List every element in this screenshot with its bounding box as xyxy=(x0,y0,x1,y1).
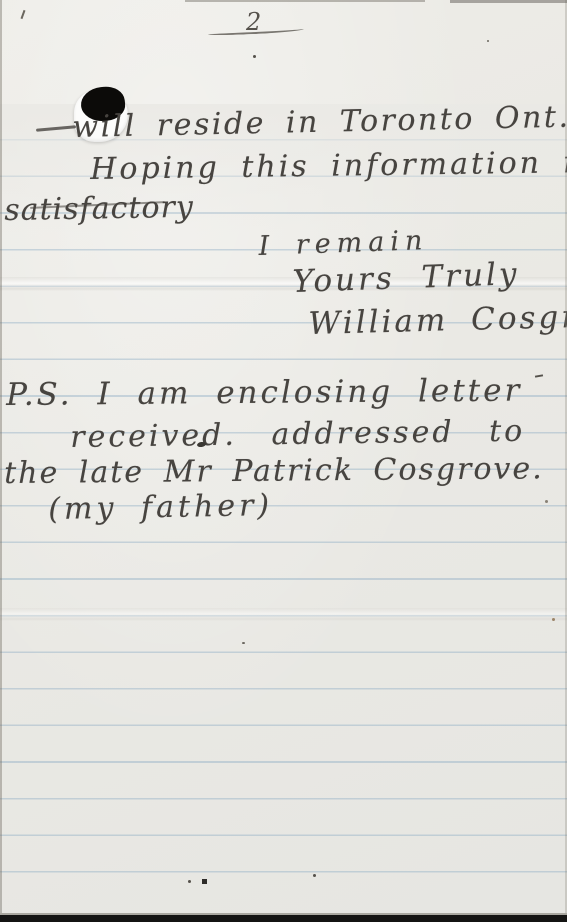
ink-dot xyxy=(487,40,489,42)
letter-ps-line-3: the late Mr Patrick Cosgrove. xyxy=(4,451,544,491)
letter-line-3: satisfactory xyxy=(4,190,194,228)
ink-dot xyxy=(253,55,256,58)
speck xyxy=(545,500,548,503)
pen-dash-before-will xyxy=(36,125,76,131)
letter-line-closing: I remain xyxy=(258,225,429,262)
letter-ps-line-1: P.S. I am enclosing letter xyxy=(6,372,522,413)
letter-line-2: Hoping this information is xyxy=(90,145,567,187)
speck xyxy=(313,874,316,877)
pen-dash xyxy=(535,374,543,377)
speck xyxy=(552,618,555,621)
letter-signature: William Cosgrove xyxy=(308,297,567,342)
document-page: 2 will reside in Toronto Ont. Hoping thi… xyxy=(0,0,567,922)
scan-edge-bottom xyxy=(0,915,567,922)
letter-ps-line-2: received. addressed to xyxy=(70,414,525,455)
scan-edge-top xyxy=(450,0,567,3)
pen-tick xyxy=(21,10,26,19)
paper-edge-left xyxy=(0,0,2,915)
scan-edge-top xyxy=(185,0,425,2)
letter-ps-line-4: (my father) xyxy=(48,488,273,527)
paper-crease xyxy=(0,608,567,621)
speck xyxy=(242,642,245,644)
letter-line-1: will reside in Toronto Ont. xyxy=(72,100,567,145)
speck xyxy=(202,879,207,884)
letter-line-valediction: Yours Truly xyxy=(292,256,520,300)
speck xyxy=(188,880,191,883)
